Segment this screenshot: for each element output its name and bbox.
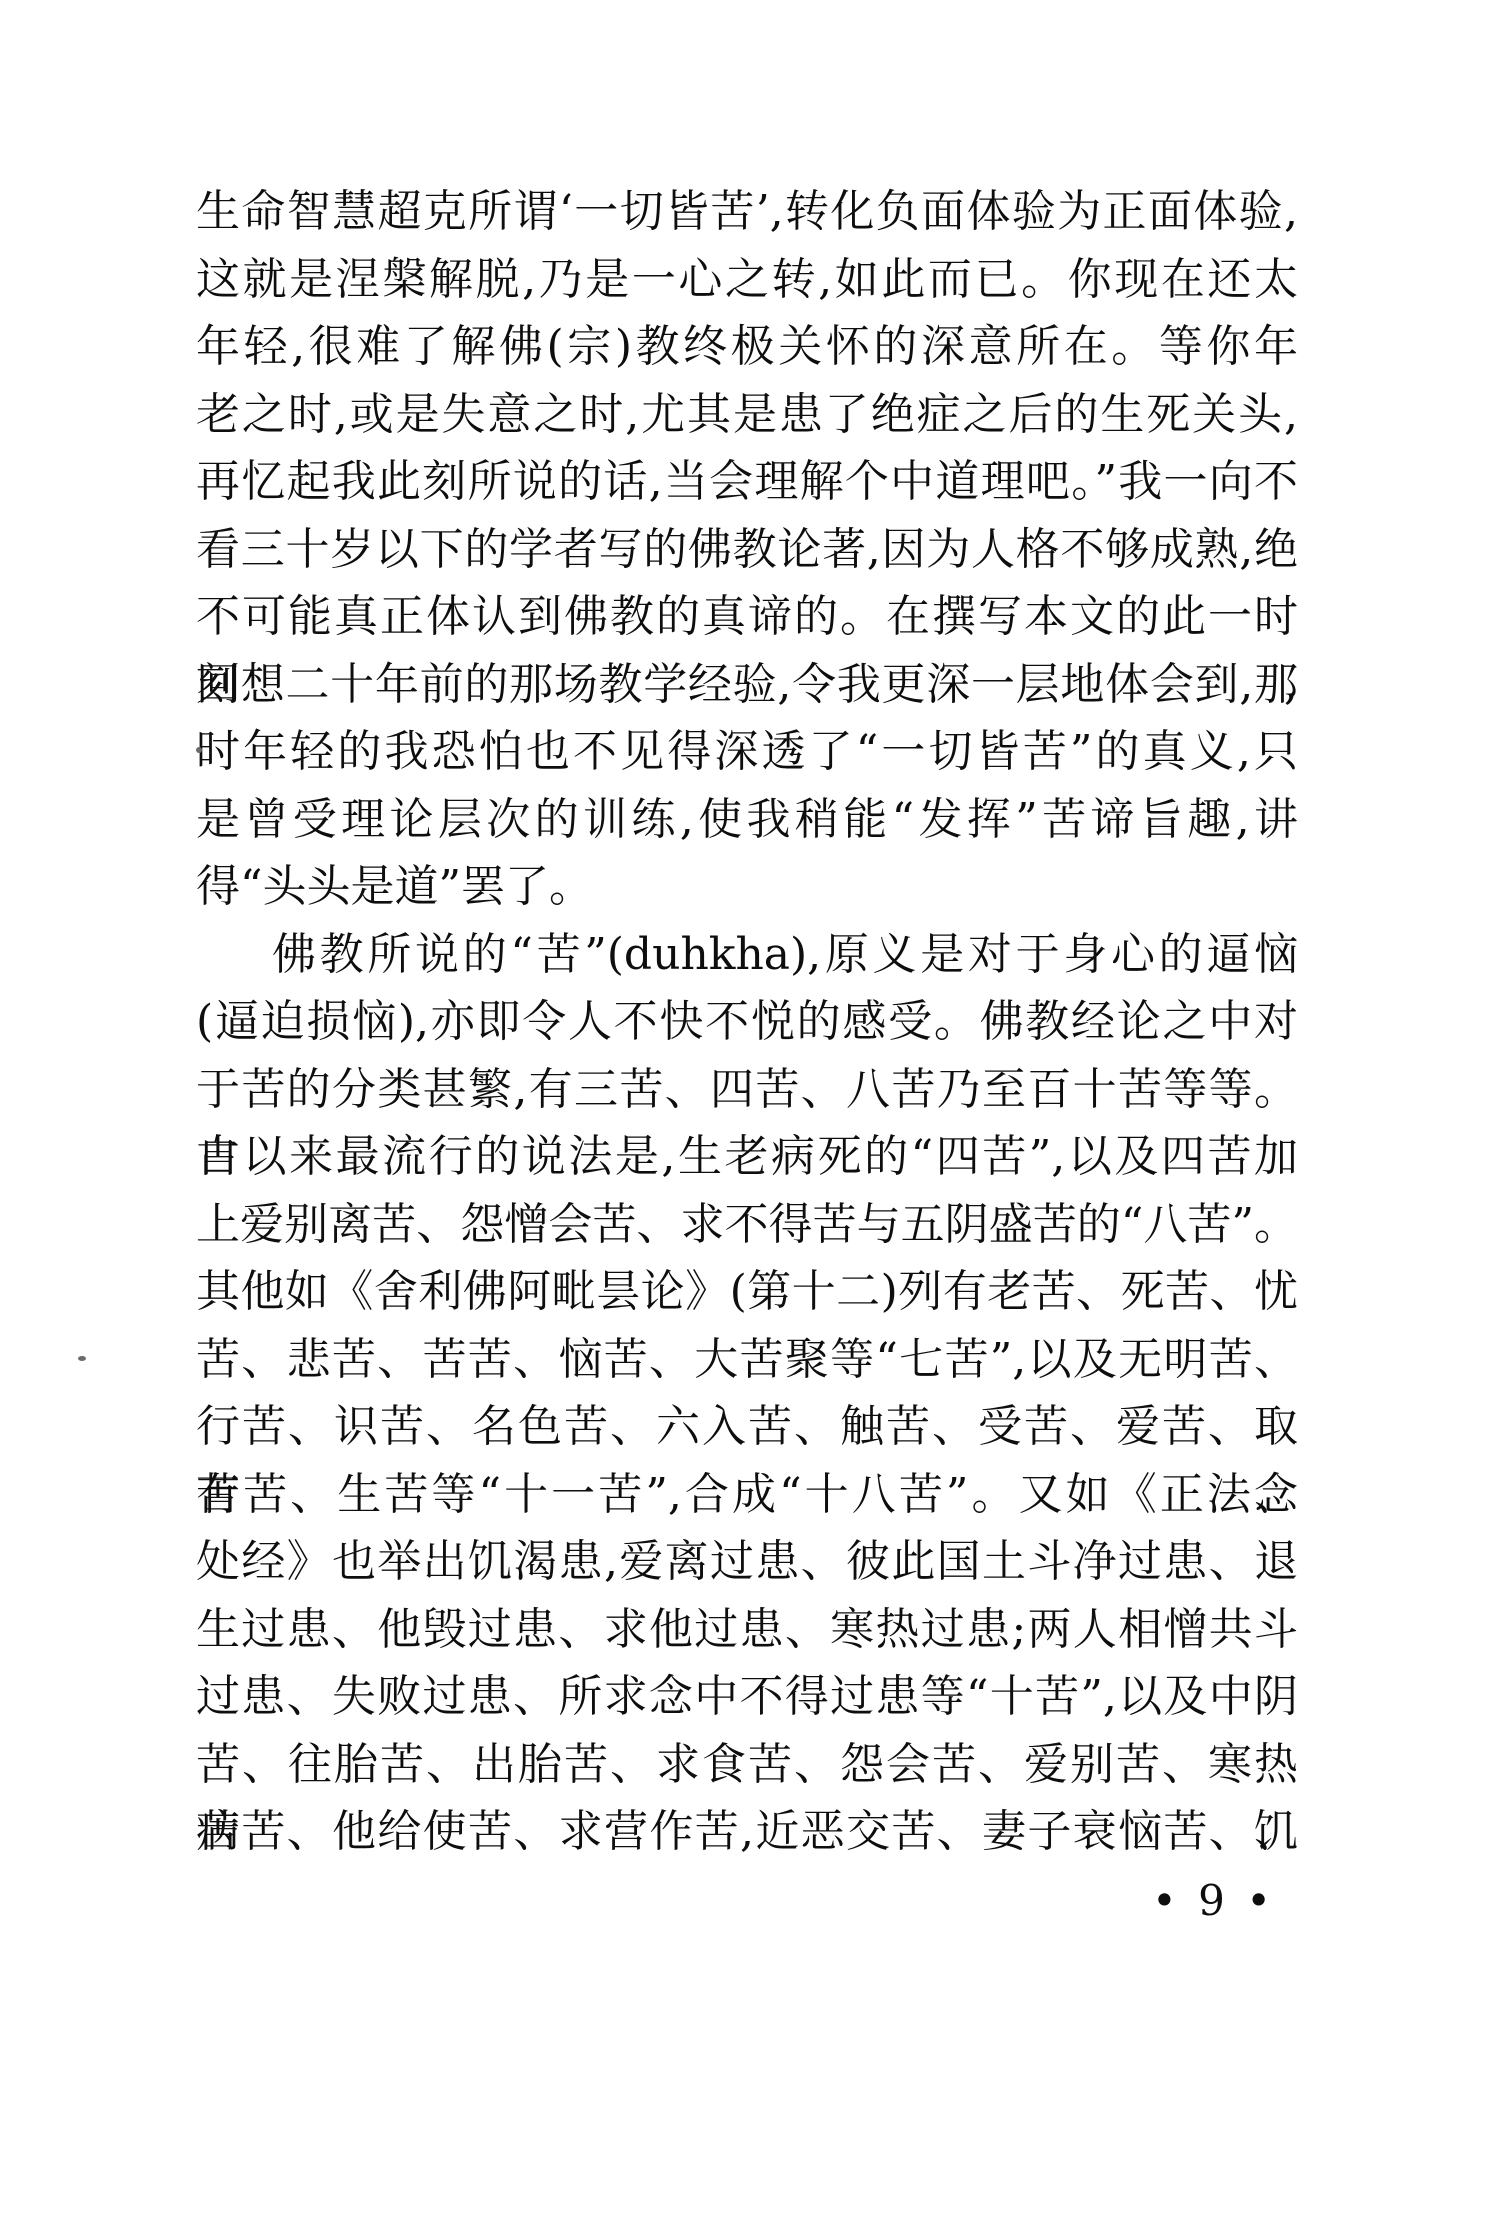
text-line: 行苦、识苦、名色苦、六入苦、触苦、受苦、爱苦、取苦、 bbox=[196, 1393, 1298, 1461]
text-line: 再忆起我此刻所说的话,当会理解个中道理吧。”我一向不 bbox=[196, 448, 1298, 516]
scanned-book-page: { "document": { "page_number": "• 9 •", … bbox=[0, 0, 1506, 2240]
text-line: 其他如《舍利佛阿毗昙论》(第十二)列有老苦、死苦、忧 bbox=[196, 1258, 1298, 1326]
text-line: 苦、往胎苦、出胎苦、求食苦、怨会苦、爱别苦、寒热苦、 bbox=[196, 1731, 1298, 1799]
text-line: 不可能真正体认到佛教的真谛的。在撰写本文的此一时刻, bbox=[196, 583, 1298, 651]
text-line: 苦、悲苦、苦苦、恼苦、大苦聚等“七苦”,以及无明苦、 bbox=[196, 1326, 1298, 1394]
text-line: 得“头头是道”罢了。 bbox=[196, 853, 1298, 921]
scan-artifact-dot bbox=[78, 1356, 86, 1361]
text-line: 处经》也举出饥渴患,爱离过患、彼此国土斗净过患、退 bbox=[196, 1528, 1298, 1596]
text-line: 于苦的分类甚繁,有三苦、四苦、八苦乃至百十苦等等。自 bbox=[196, 1056, 1298, 1124]
text-line: 看三十岁以下的学者写的佛教论著,因为人格不够成熟,绝 bbox=[196, 516, 1298, 584]
text-line: 病苦、他给使苦、求营作苦,近恶交苦、妻子衰恼苦、饥 bbox=[196, 1798, 1298, 1866]
text-line: (逼迫损恼),亦即令人不快不悦的感受。佛教经论之中对 bbox=[196, 988, 1298, 1056]
text-line: 古以来最流行的说法是,生老病死的“四苦”,以及四苦加 bbox=[196, 1123, 1298, 1191]
text-line: 生命智慧超克所谓‘一切皆苦’,转化负面体验为正面体验, bbox=[196, 178, 1298, 246]
text-line: 这就是涅槃解脱,乃是一心之转,如此而已。你现在还太 bbox=[196, 246, 1298, 314]
page-text-block: 生命智慧超克所谓‘一切皆苦’,转化负面体验为正面体验, 这就是涅槃解脱,乃是一心… bbox=[196, 178, 1298, 1866]
scan-artifact-dot bbox=[196, 747, 202, 753]
text-line: 佛教所说的“苦”(duhkha),原义是对于身心的逼恼 bbox=[196, 921, 1298, 989]
text-line: 年轻,很难了解佛(宗)教终极关怀的深意所在。等你年 bbox=[196, 313, 1298, 381]
text-line: 时年轻的我恐怕也不见得深透了“一切皆苦”的真义,只 bbox=[196, 718, 1298, 786]
text-line: 上爱别离苦、怨憎会苦、求不得苦与五阴盛苦的“八苦”。 bbox=[196, 1191, 1298, 1259]
text-line: 老之时,或是失意之时,尤其是患了绝症之后的生死关头, bbox=[196, 381, 1298, 449]
text-line: 过患、失败过患、所求念中不得过患等“十苦”,以及中阴 bbox=[196, 1663, 1298, 1731]
text-line: 生过患、他毁过患、求他过患、寒热过患;两人相憎共斗 bbox=[196, 1596, 1298, 1664]
text-line: 是曾受理论层次的训练,使我稍能“发挥”苦谛旨趣,讲 bbox=[196, 786, 1298, 854]
text-line: 回想二十年前的那场教学经验,令我更深一层地体会到,那 bbox=[196, 651, 1298, 719]
text-line: 有苦、生苦等“十一苦”,合成“十八苦”。又如《正法念 bbox=[196, 1461, 1298, 1529]
page-number: • 9 • bbox=[1152, 1876, 1275, 1925]
